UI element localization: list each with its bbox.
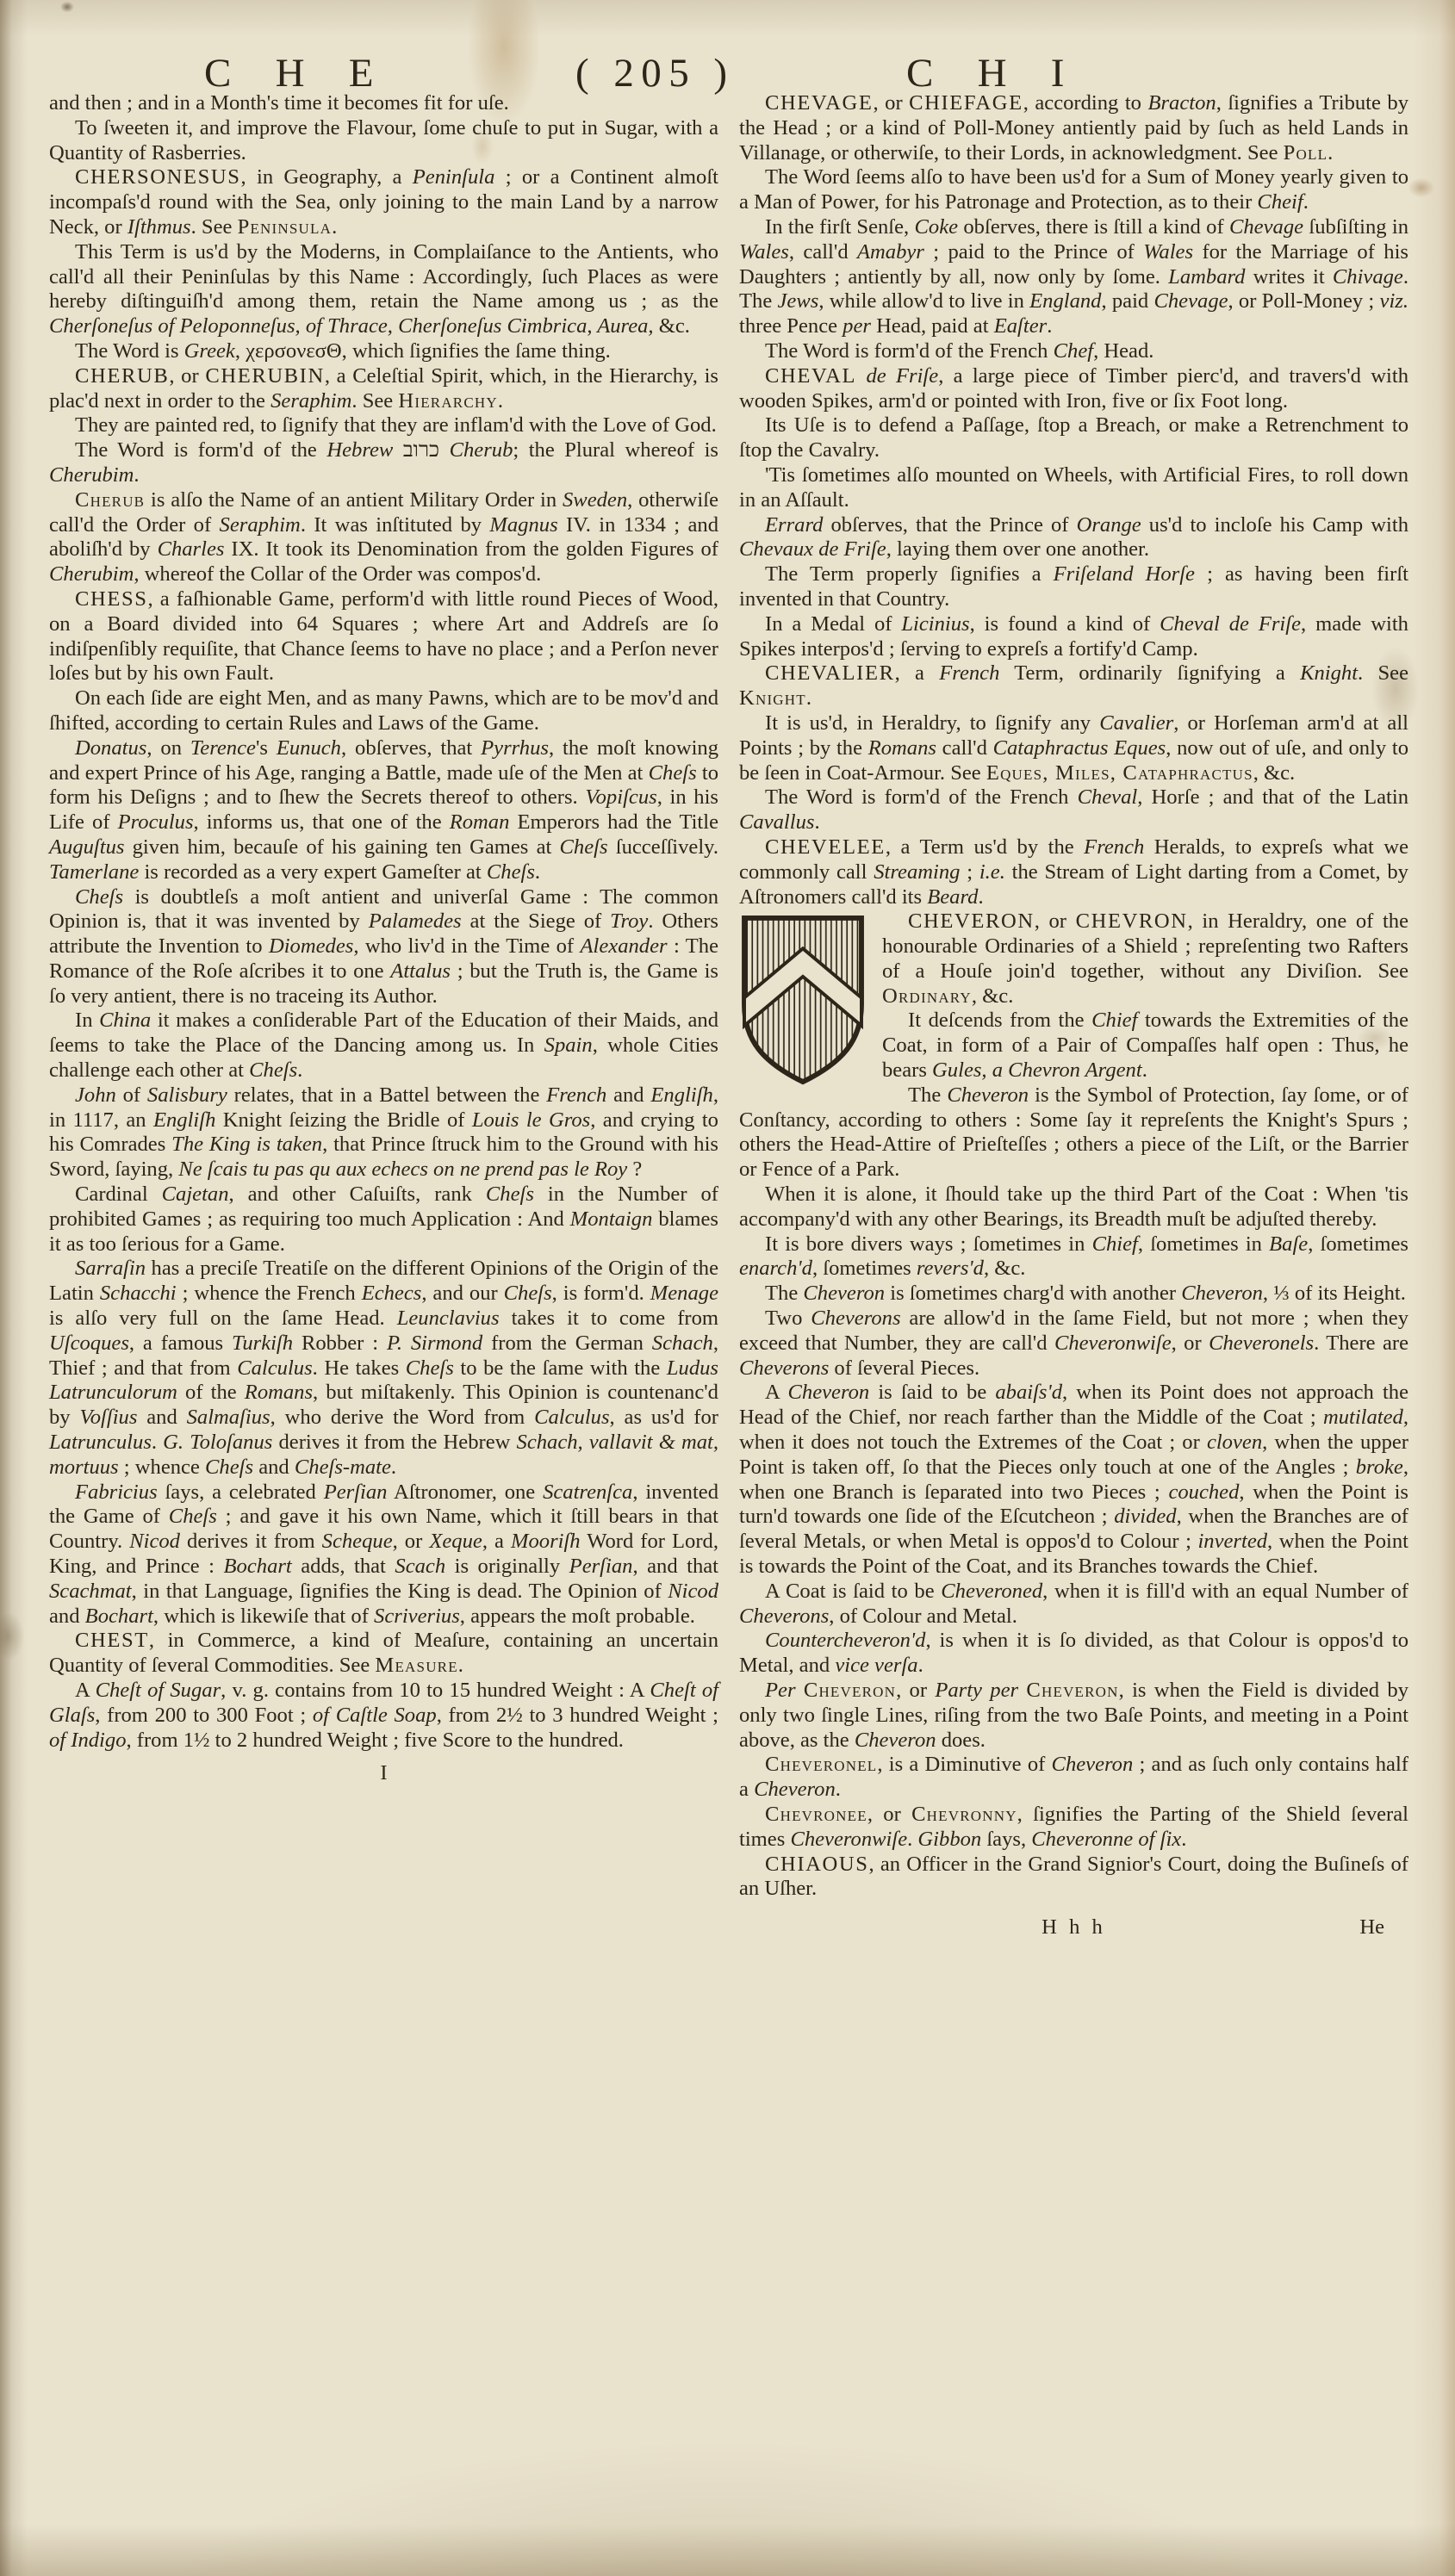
paragraph: and then ; and in a Month's time it beco… [49,91,718,116]
paragraph: CHERSONESUS, in Geography, a Peninſula ;… [49,165,718,239]
paragraph: CHEVALIER, a French Term, ordinarily ſig… [739,661,1408,711]
running-head-left: C H E [204,50,390,96]
paragraph: CHERUB, or CHERUBIN, a Celeſtial Spirit,… [49,364,718,414]
left-column: and then ; and in a Month's time it beco… [49,91,718,1943]
paragraph: Per Cheveron, or Party per Cheveron, is … [739,1679,1408,1753]
paragraph: The Cheveron is the Symbol of Protection… [739,1083,1408,1182]
running-head-right: C H I [906,50,1081,96]
paragraph: CHEVAGE, or CHIEFAGE, according to Bract… [739,91,1408,165]
paragraph: Chevronee, or Chevronny, ſignifies the P… [739,1803,1408,1853]
paragraph: This Term is us'd by the Moderns, in Com… [49,240,718,339]
paragraph: Fabricius ſays, a celebrated Perſian Aſt… [49,1480,718,1629]
paragraph: It is us'd, in Heraldry, to ſignify any … [739,711,1408,785]
signature-mark: I [49,1761,718,1786]
paragraph: Errard obſerves, that the Prince of Oran… [739,513,1408,563]
gathering-signature: H h h [739,1915,1408,1940]
paragraph: Cheſs is doubtleſs a moſt antient and un… [49,885,718,1009]
paragraph: CHEVELEE, a Term us'd by the French Hera… [739,835,1408,909]
paragraph: The Term properly ſignifies a Friſeland … [739,562,1408,612]
paragraph: The Word is form'd of the French Chef, H… [739,339,1408,364]
paragraph: CHEST, in Commerce, a kind of Meaſure, c… [49,1629,718,1679]
paragraph: In a Medal of Licinius, is found a kind … [739,612,1408,662]
paragraph: It is bore divers ways ; ſometimes in Ch… [739,1232,1408,1282]
paragraph: The Word is form'd of the French Cheval,… [739,785,1408,835]
paragraph: A Coat is ſaid to be Cheveroned, when it… [739,1580,1408,1629]
paragraph: Its Uſe is to defend a Paſſage, ſtop a B… [739,413,1408,463]
paragraph: Donatus, on Terence's Eunuch, obſerves, … [49,736,718,885]
paragraph: The Word is form'd of the Hebrew כרוב Ch… [49,438,718,488]
paragraph: Countercheveron'd, is when it is ſo divi… [739,1629,1408,1679]
shield-icon [739,913,867,1087]
paragraph: In the firſt Senſe, Coke obſerves, there… [739,215,1408,339]
book-page: C H E ( 205 ) C H I and then ; and in a … [0,0,1455,2576]
paragraph: The Word is Greek, χερσονεσΘ, which ſign… [49,339,718,364]
right-column: CHEVAGE, or CHIEFAGE, according to Bract… [739,91,1408,1943]
paragraph: In China it makes a conſiderable Part of… [49,1009,718,1083]
paragraph: To ſweeten it, and improve the Flavour, … [49,116,718,166]
paragraph: Cherub is alſo the Name of an antient Mi… [49,488,718,587]
paragraph: The Cheveron is ſometimes charg'd with a… [739,1282,1408,1307]
paragraph: The Word ſeems alſo to have been us'd fo… [739,165,1408,215]
paragraph: Cardinal Cajetan, and other Caſuiſts, ra… [49,1182,718,1257]
paragraph: 'Tis ſometimes alſo mounted on Wheels, w… [739,463,1408,513]
paragraph: Sarraſin has a preciſe Treatiſe on the d… [49,1257,718,1480]
footer-line: H h h He [739,1915,1408,1943]
page-number: ( 205 ) [575,50,735,96]
chevron-shield-illustration [739,913,867,1087]
paragraph: CHESS, a faſhionable Game, perform'd wit… [49,587,718,686]
paragraph: CHEVAL de Friſe, a large piece of Timber… [739,364,1408,414]
paragraph: They are painted red, to ſignify that th… [49,413,718,438]
catchword: He [1359,1915,1384,1940]
paragraph: A Cheſt of Sugar, v. g. contains from 10… [49,1679,718,1753]
paragraph: John of Salisbury relates, that in a Bat… [49,1083,718,1182]
paragraph: On each ſide are eight Men, and as many … [49,686,718,736]
paragraph: A Cheveron is ſaid to be abaiſs'd, when … [739,1381,1408,1579]
text-columns: and then ; and in a Month's time it beco… [49,91,1408,1943]
paragraph: Cheveronel, is a Diminutive of Cheveron … [739,1753,1408,1803]
paragraph: Two Cheverons are allow'd in the ſame Fi… [739,1307,1408,1381]
paragraph: CHIAOUS, an Officer in the Grand Signior… [739,1853,1408,1903]
paragraph: When it is alone, it ſhould take up the … [739,1182,1408,1232]
